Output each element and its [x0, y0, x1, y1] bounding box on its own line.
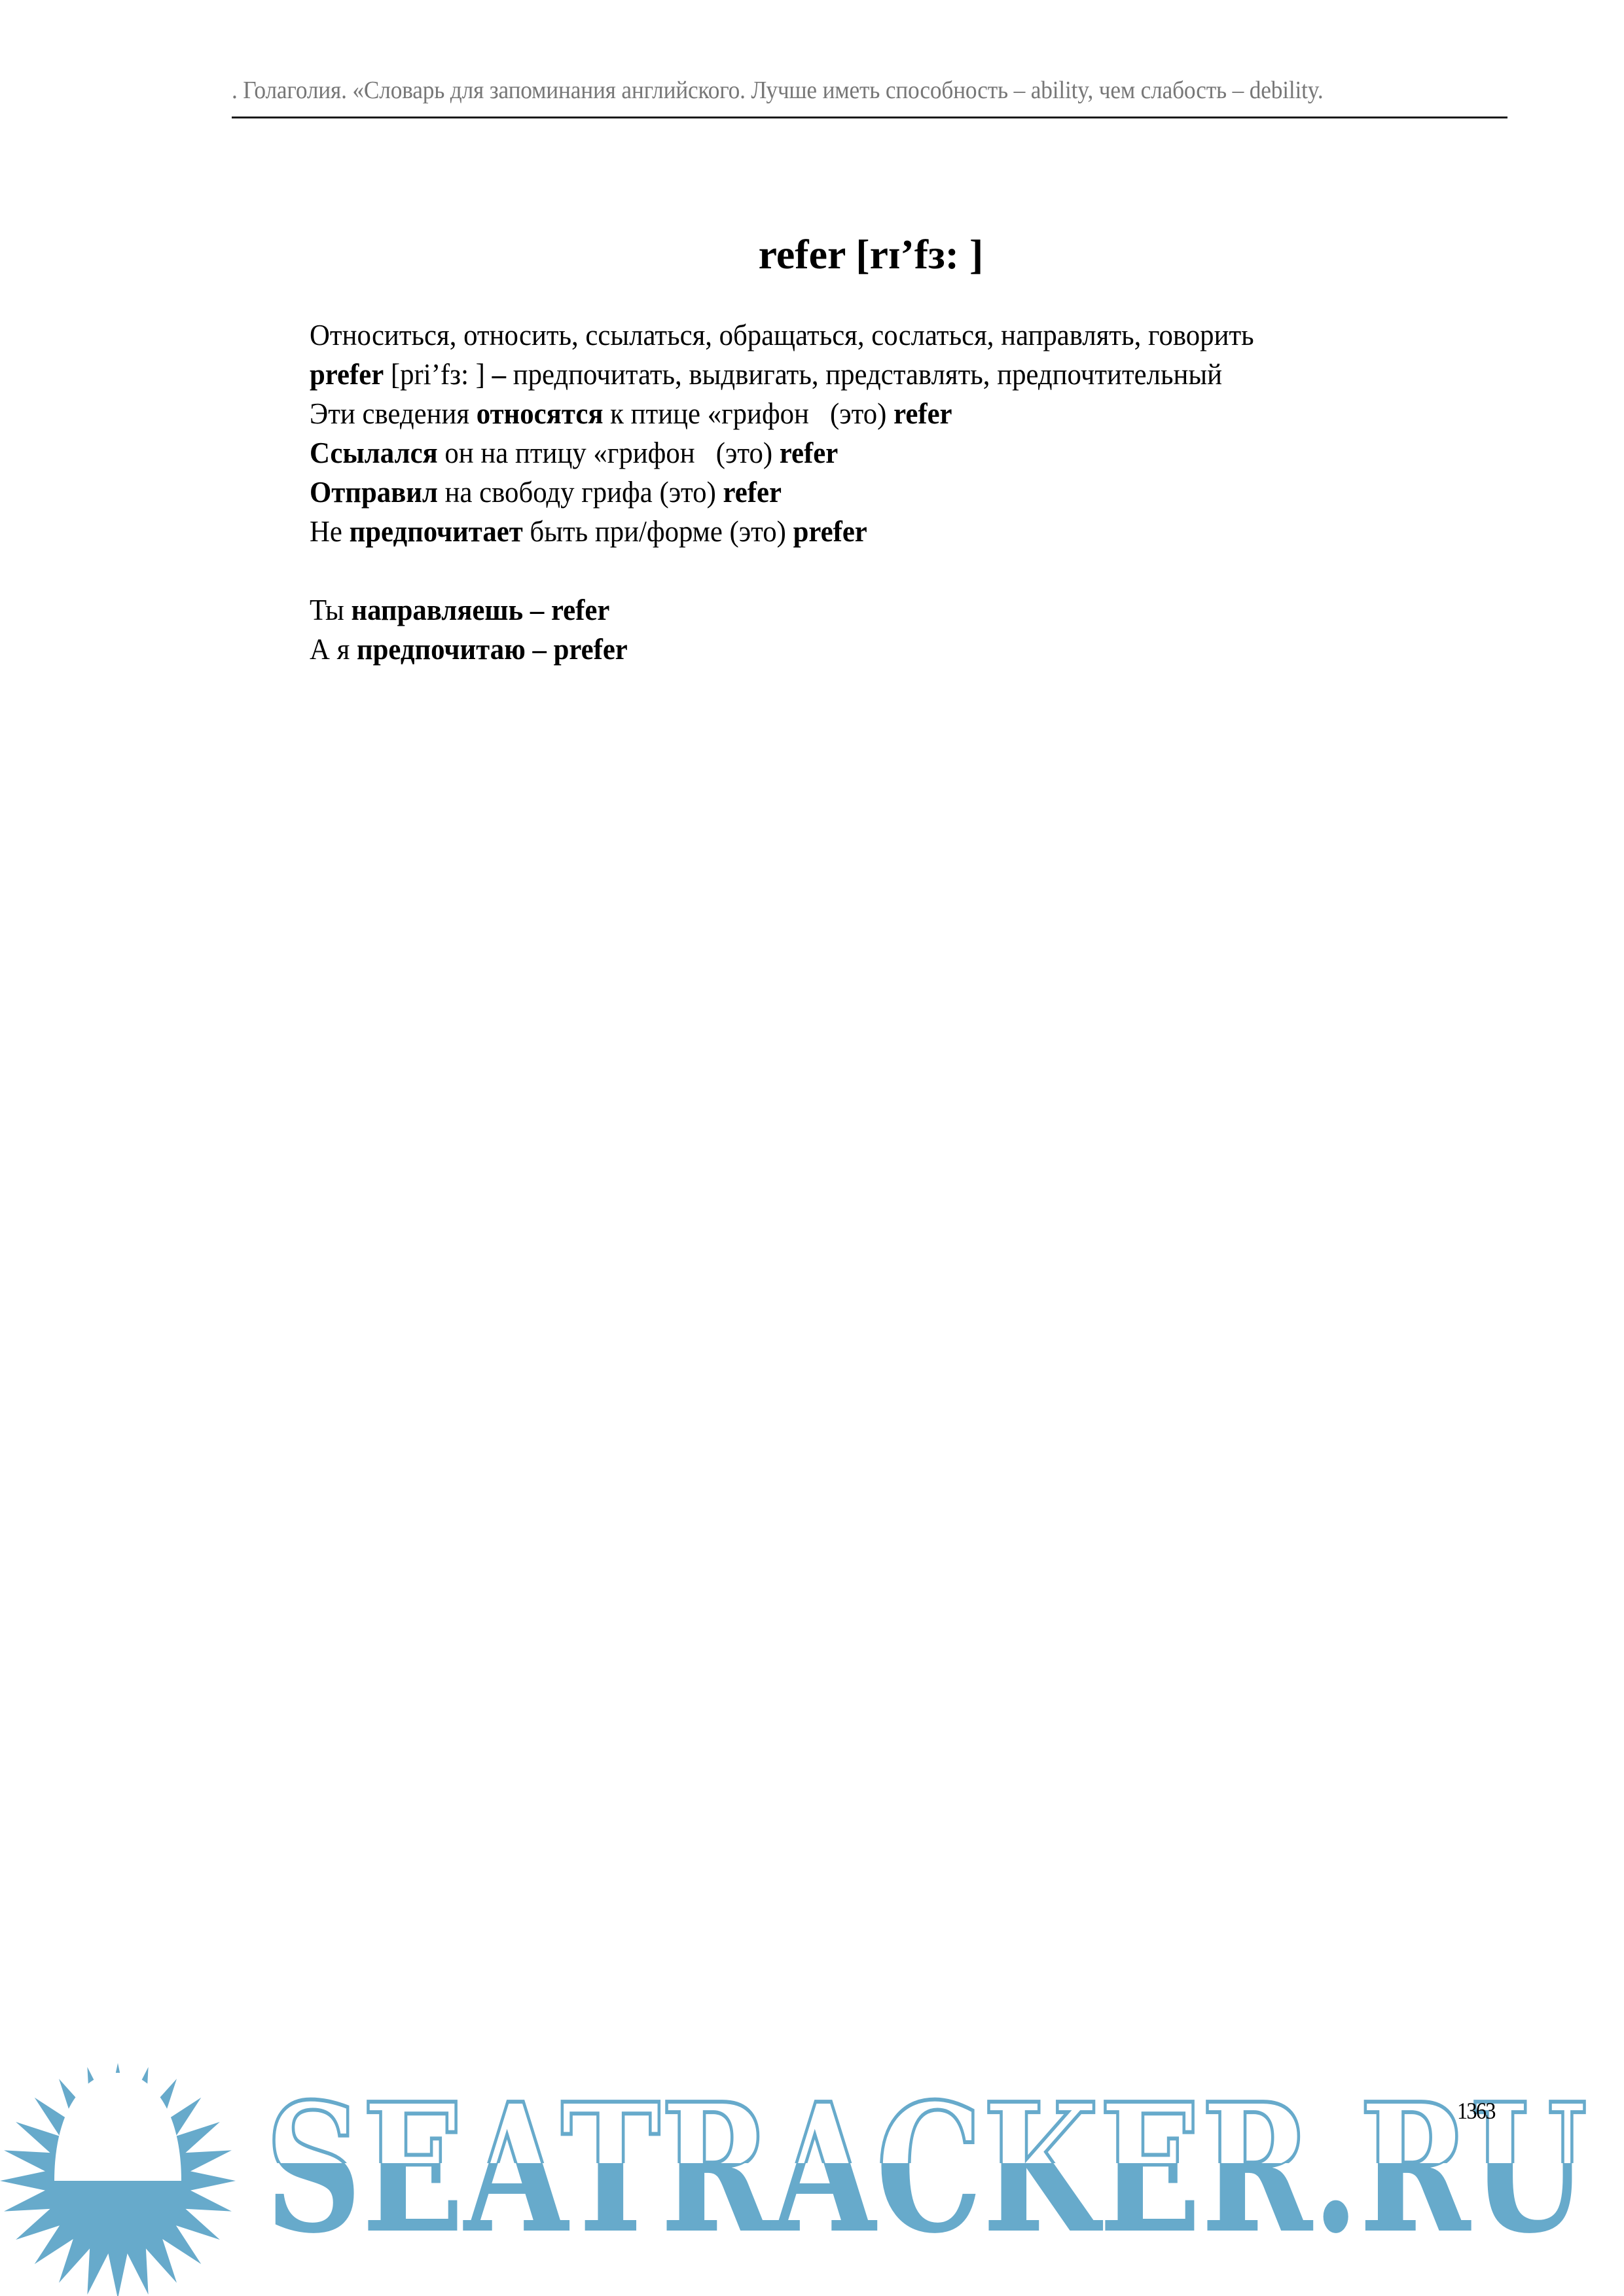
text-run: Относиться, относить, ссылаться, обращат… [310, 318, 1254, 351]
running-header-text: . Голаголия. «Словарь для запоминания ан… [232, 76, 1324, 105]
text-run: он на птицу «грифон (это) [438, 436, 780, 469]
bold-text: refer [723, 475, 782, 509]
bold-text: предпочитает [350, 514, 523, 548]
entry-line: Не предпочитает быть при/форме (это) pre… [310, 512, 1254, 551]
bold-text: – [492, 357, 506, 391]
running-header: . Голаголия. «Словарь для запоминания ан… [232, 73, 1507, 118]
entry-line: prefer [pri’fз: ] – предпочитать, выдвиг… [310, 355, 1254, 394]
bold-text: Ссылался [310, 436, 438, 469]
text-run: [pri’fз: ] [384, 357, 492, 391]
text-run: быть при/форме (это) [523, 514, 793, 548]
bold-text: относятся [477, 397, 604, 430]
watermark: SEATRACKER.RU SEATRACKER.RU [0, 2055, 1624, 2296]
sun-over-sea-icon [0, 2055, 242, 2296]
text-run: Не [310, 514, 350, 548]
bold-text: refer [780, 436, 838, 469]
bold-text: prefer [793, 514, 867, 548]
entry-body: Относиться, относить, ссылаться, обращат… [310, 315, 1325, 669]
blank-line [310, 551, 1254, 590]
text-run: А я [310, 632, 357, 666]
entry-line: А я предпочитаю – prefer [310, 630, 1254, 669]
entry-line: Отправил на свободу грифа (это) refer [310, 473, 1254, 512]
bold-text: предпочитаю – prefer [357, 632, 628, 666]
page-number: 1363 [1457, 2097, 1495, 2125]
text-run: предпочитать, выдвигать, представлять, п… [506, 357, 1222, 391]
bold-text: Отправил [310, 475, 438, 509]
entry-line: Ссылался он на птицу «грифон (это) refer [310, 433, 1254, 473]
bold-text: prefer [310, 357, 384, 391]
text-run: Эти сведения [310, 397, 477, 430]
bold-text: refer [893, 397, 952, 430]
bold-text: направляешь – refer [351, 593, 609, 626]
entry-line: Относиться, относить, ссылаться, обращат… [310, 315, 1254, 355]
watermark-wordmark: SEATRACKER.RU SEATRACKER.RU [252, 2094, 1600, 2251]
text-run: к птице «грифон (это) [603, 397, 893, 430]
text-run: Ты [310, 593, 351, 626]
text-run: на свободу грифа (это) [438, 475, 723, 509]
entry-line: Эти сведения относятся к птице «грифон (… [310, 394, 1254, 433]
entry-title: refer [rɪ’fз: ] [0, 230, 1624, 279]
entry-line: Ты направляешь – refer [310, 590, 1254, 630]
